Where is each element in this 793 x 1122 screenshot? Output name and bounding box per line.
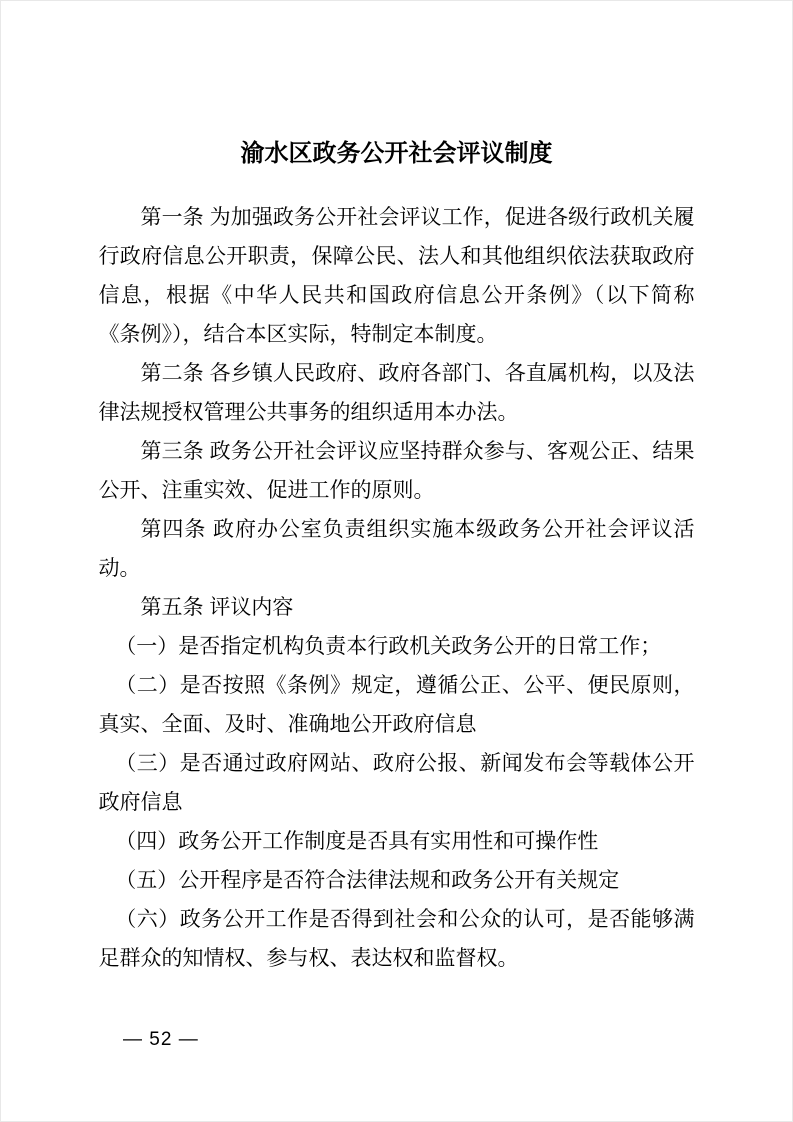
paragraph-article-4: 第四条 政府办公室负责组织实施本级政务公开社会评议活动。 — [99, 510, 695, 588]
paragraph-article-5: 第五条 评议内容 — [99, 588, 695, 627]
paragraph-article-3: 第三条 政务公开社会评议应坚持群众参与、客观公正、结果公开、注重实效、促进工作的… — [99, 432, 695, 510]
document-title: 渝水区政务公开社会评议制度 — [1, 1, 792, 169]
paragraph-article-2: 第二条 各乡镇人民政府、政府各部门、各直属机构，以及法律法规授权管理公共事务的组… — [99, 354, 695, 432]
paragraph-item-6: （六）政务公开工作是否得到社会和公众的认可，是否能够满足群众的知情权、参与权、表… — [99, 900, 695, 978]
document-page: 渝水区政务公开社会评议制度 第一条 为加强政务公开社会评议工作，促进各级行政机关… — [0, 0, 793, 1122]
page-number: — 52 — — [123, 1029, 199, 1051]
paragraph-item-4: （四）政务公开工作制度是否具有实用性和可操作性 — [99, 822, 695, 861]
paragraph-item-3: （三）是否通过政府网站、政府公报、新闻发布会等载体公开政府信息 — [99, 744, 695, 822]
paragraph-item-2: （二）是否按照《条例》规定，遵循公正、公平、便民原则，真实、全面、及时、准确地公… — [99, 666, 695, 744]
paragraph-item-1: （一）是否指定机构负责本行政机关政务公开的日常工作； — [99, 627, 695, 666]
paragraph-item-5: （五）公开程序是否符合法律法规和政务公开有关规定 — [99, 861, 695, 900]
paragraph-article-1: 第一条 为加强政务公开社会评议工作，促进各级行政机关履行政府信息公开职责，保障公… — [99, 198, 695, 354]
document-body: 第一条 为加强政务公开社会评议工作，促进各级行政机关履行政府信息公开职责，保障公… — [99, 198, 695, 978]
